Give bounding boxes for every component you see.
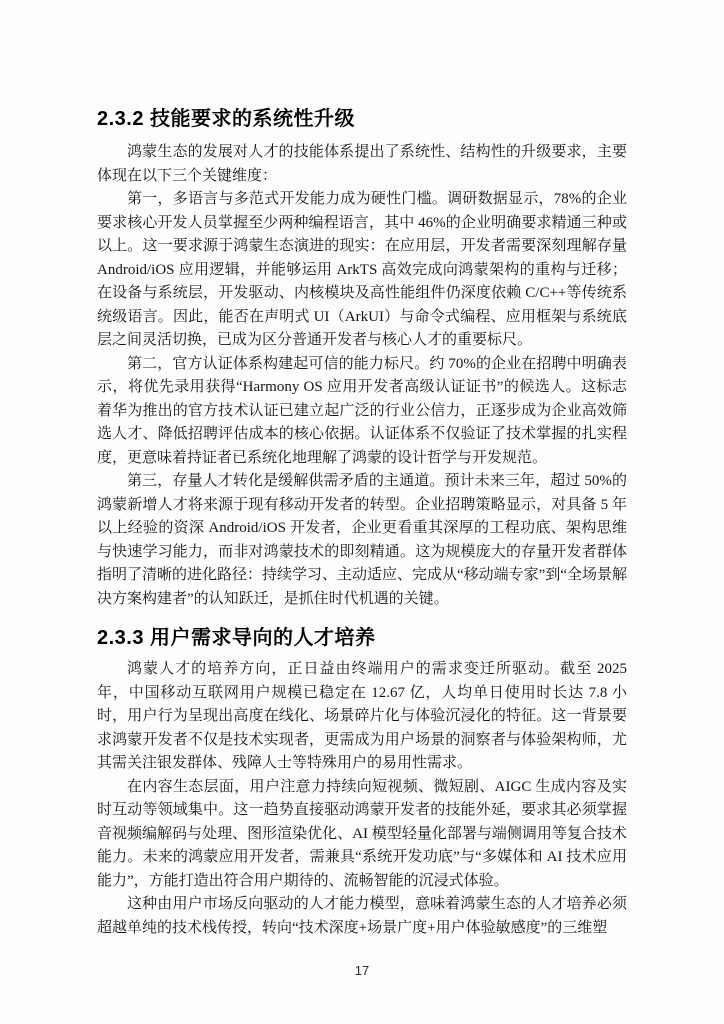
document-page: 2.3.2 技能要求的系统性升级 鸿蒙生态的发展对人才的技能体系提出了系统性、结…: [0, 0, 724, 1024]
paragraph-point-3-talent-conversion: 第三，存量人才转化是缓解供需矛盾的主通道。预计未来三年，超过 50%的鸿蒙新增人…: [97, 470, 627, 611]
section-heading-2-3-2: 2.3.2 技能要求的系统性升级: [97, 106, 627, 132]
paragraph-three-dimension-model: 这种由用户市场反向驱动的人才能力模型，意味着鸿蒙生态的人才培养必须超越单纯的技术…: [97, 893, 627, 940]
paragraph-content-ecosystem: 在内容生态层面，用户注意力持续向短视频、微短剧、AIGC 生成内容及实时互动等领…: [97, 776, 627, 894]
paragraph-user-demand-driven: 鸿蒙人才的培养方向，正日益由终端用户的需求变迁所驱动。截至 2025 年，中国移…: [97, 658, 627, 776]
page-number: 17: [0, 963, 724, 978]
section-heading-2-3-3: 2.3.3 用户需求导向的人才培养: [97, 625, 627, 651]
paragraph-intro-dimensions: 鸿蒙生态的发展对人才的技能体系提出了系统性、结构性的升级要求，主要体现在以下三个…: [97, 141, 627, 188]
paragraph-point-1-multilanguage: 第一，多语言与多范式开发能力成为硬性门槛。调研数据显示，78%的企业要求核心开发…: [97, 188, 627, 353]
paragraph-point-2-certification: 第二，官方认证体系构建起可信的能力标尺。约 70%的企业在招聘中明确表示，将优先…: [97, 353, 627, 471]
